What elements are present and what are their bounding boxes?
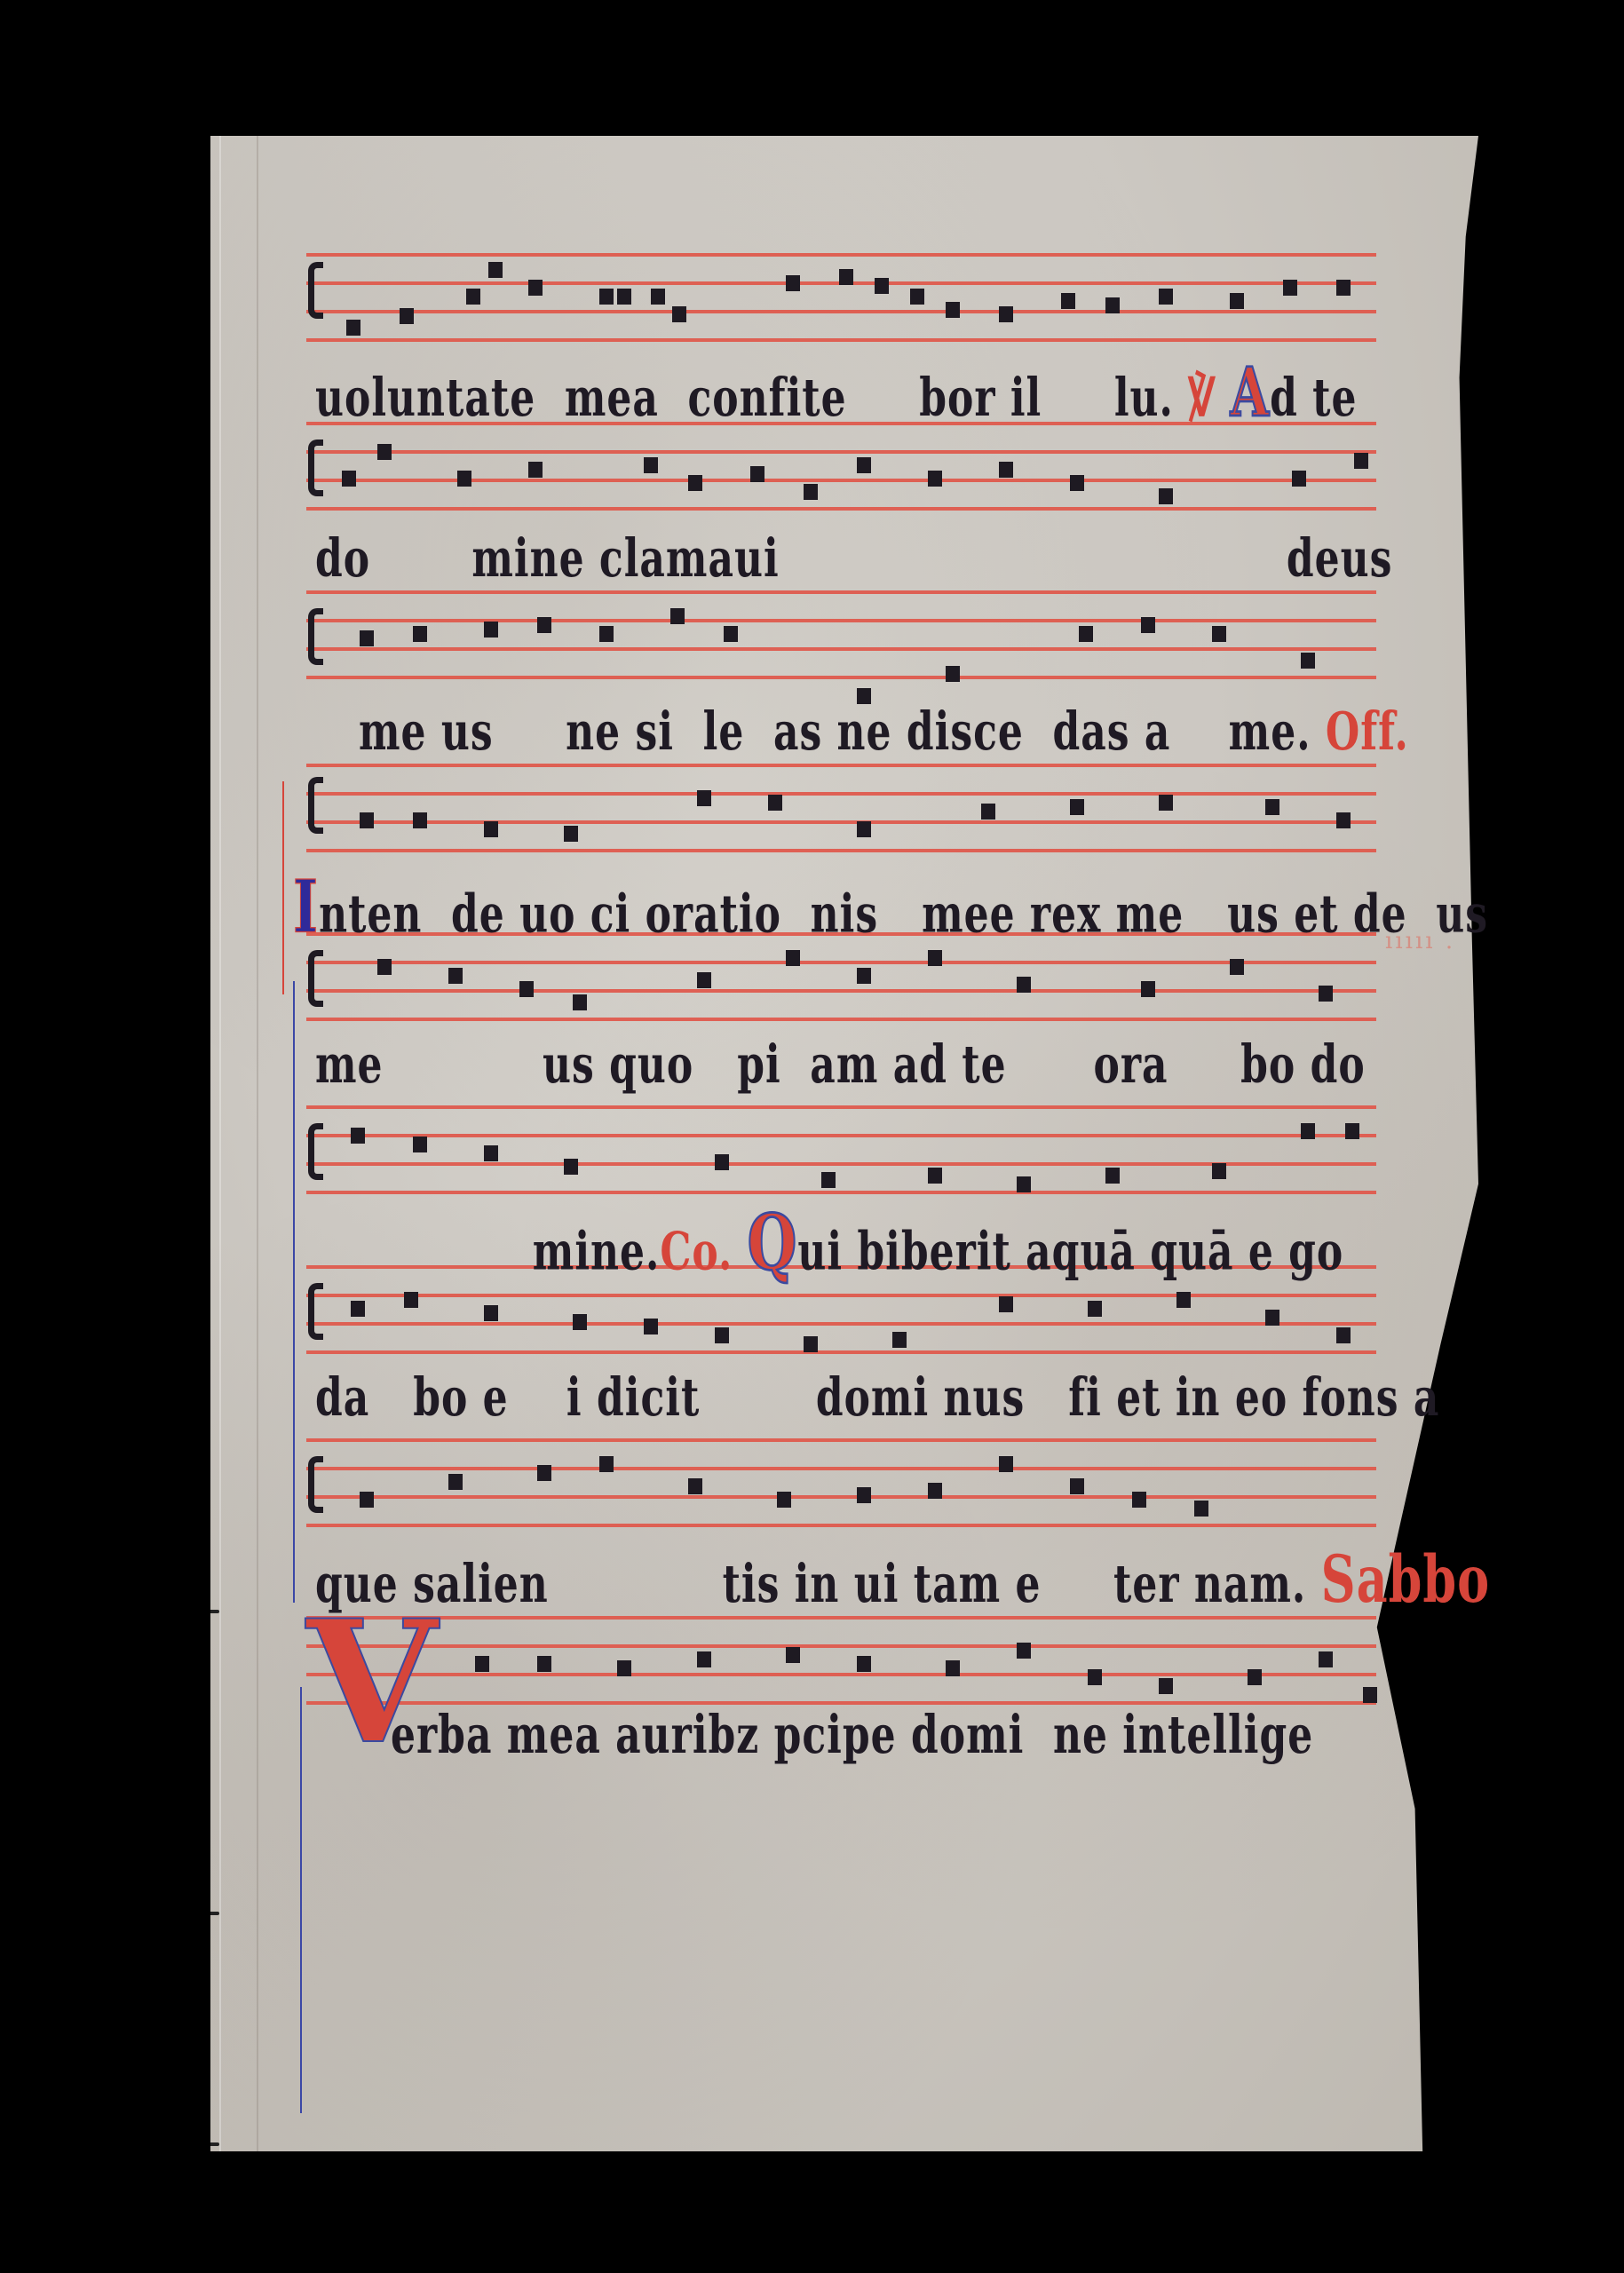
staff-2	[306, 422, 1376, 507]
c-clef-icon	[308, 950, 323, 1007]
c-clef-icon	[308, 262, 323, 319]
c-clef-icon	[308, 1123, 323, 1180]
lyric-line-6: mine.Co. Qui biberit aquā quā e go	[315, 1199, 1343, 1288]
lyric-line-8: que salien tis in ui tam e ter nam. Sabb…	[315, 1540, 1490, 1617]
lyric-line-1: uoluntate mea confite bor il lu. ℣ Ad te	[315, 353, 1357, 432]
stitch-hole	[200, 1610, 219, 1613]
lyric-line-5: me us quo pi am ad te ora bo do	[315, 1034, 1366, 1096]
marginal-note: ııııı .	[1385, 928, 1455, 954]
staff-1	[306, 253, 1376, 338]
stitch-hole	[200, 2142, 219, 2146]
c-clef-icon	[308, 440, 323, 496]
binding-fold	[219, 136, 258, 2151]
staff-8	[306, 1438, 1376, 1524]
lyric-line-4: Inten de uo ci oratio nis mee rex me us …	[293, 866, 1488, 950]
pen-flourish-border	[293, 981, 295, 1603]
c-clef-icon	[308, 777, 323, 834]
lyric-line-3: me us ne si le as ne disce das a me. Off…	[315, 701, 1409, 763]
staff-4	[306, 764, 1376, 849]
c-clef-icon	[308, 1456, 323, 1513]
decorated-initial-v: V	[306, 1598, 437, 1767]
c-clef-icon	[308, 608, 323, 665]
staff-3	[306, 590, 1376, 676]
lyric-line-2: do mine clamaui deus	[315, 528, 1392, 590]
stitch-hole	[200, 1912, 219, 1915]
lyric-line-9: erba mea auribz pcipe domi ne intellige	[391, 1705, 1313, 1766]
c-clef-icon	[308, 1283, 323, 1340]
staff-6	[306, 1105, 1376, 1191]
lyric-line-7: da bo e i dicit domi nus fi et in eo fon…	[315, 1367, 1439, 1429]
red-flourish	[282, 781, 284, 994]
staff-9	[306, 1616, 1376, 1701]
pen-flourish-border	[300, 1687, 302, 2113]
